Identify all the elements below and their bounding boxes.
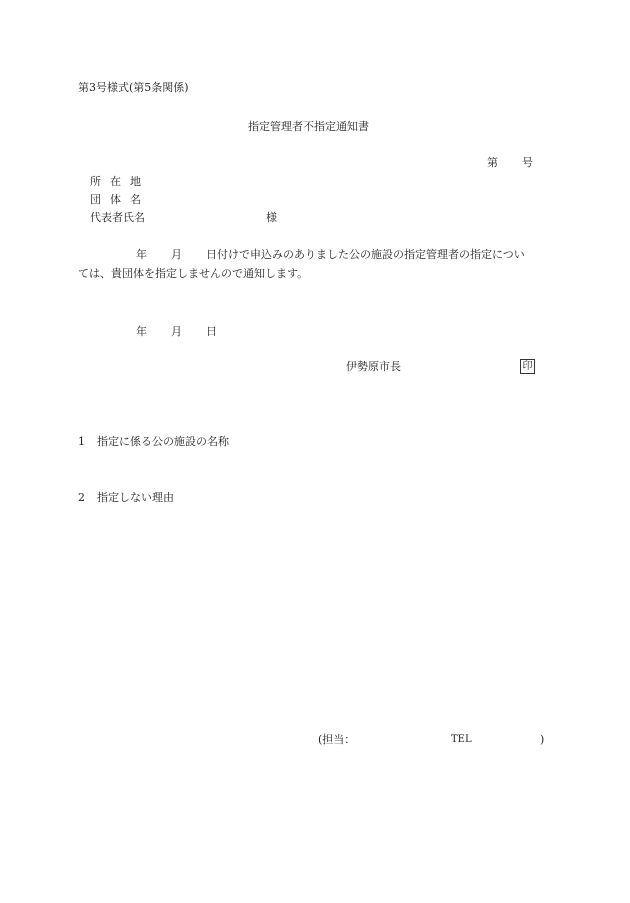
- document-number-suffix: 号: [522, 156, 533, 170]
- item-facility-name: 1指定に係る公の施設の名称: [78, 435, 229, 449]
- honorific: 様: [266, 211, 277, 225]
- contact-tel-label: TEL: [451, 733, 472, 747]
- date-month: 月: [171, 325, 182, 338]
- issue-date: 年月日: [78, 325, 217, 339]
- representative-label: 代表者氏名: [90, 211, 145, 225]
- body-line1-text: 日付けで申込みのありました公の施設の指定管理者の指定につい: [206, 248, 525, 261]
- date-year: 年: [136, 325, 147, 338]
- contact-person-label: (担当：: [318, 733, 355, 747]
- item-number: 2: [78, 491, 97, 505]
- body-text-line-2: ては、貴団体を指定しませんので通知します。: [78, 267, 308, 281]
- body-text-line-1: 年月日付けで申込みのありました公の施設の指定管理者の指定につい: [78, 248, 525, 262]
- document-title: 指定管理者不指定通知書: [248, 120, 369, 134]
- contact-close-paren: ): [540, 733, 544, 747]
- date-day: 日: [206, 325, 217, 338]
- form-number: 第3号様式(第5条関係): [78, 81, 189, 95]
- organization-label: 団体名: [90, 193, 150, 207]
- item-number: 1: [78, 435, 97, 449]
- item-reason: 2指定しない理由: [78, 491, 174, 505]
- seal-stamp-icon: 印: [520, 359, 535, 374]
- body-year: 年: [136, 248, 147, 261]
- item-label: 指定しない理由: [97, 491, 174, 504]
- document-number-prefix: 第: [487, 156, 498, 170]
- body-month: 月: [171, 248, 182, 261]
- issuer-name: 伊勢原市長: [346, 360, 401, 374]
- item-label: 指定に係る公の施設の名称: [97, 435, 229, 448]
- address-label: 所在地: [90, 175, 150, 189]
